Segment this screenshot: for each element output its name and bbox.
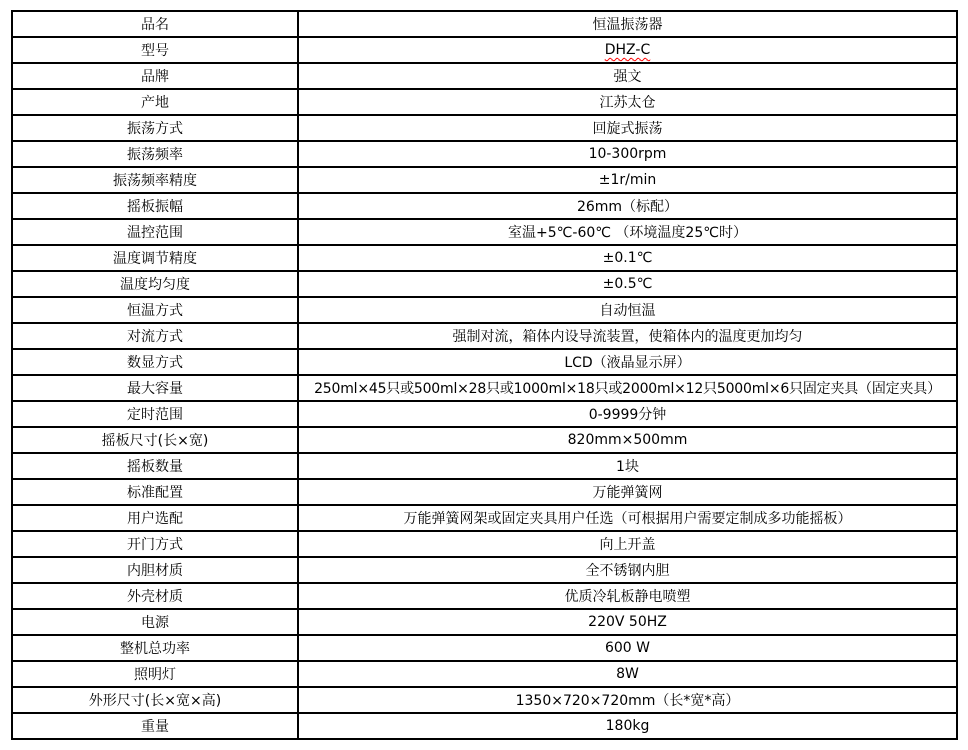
spec-value: 8W <box>298 661 957 687</box>
table-row: 温度调节精度 ±0.1℃ <box>12 245 957 271</box>
spec-value: 强文 <box>298 63 957 89</box>
spec-value: 10-300rpm <box>298 141 957 167</box>
spec-value: 全不锈钢内胆 <box>298 557 957 583</box>
spec-label: 品牌 <box>12 63 298 89</box>
spec-value: 1350×720×720mm（长*宽*高） <box>298 687 957 713</box>
table-row: 数显方式 LCD（液晶显示屏） <box>12 349 957 375</box>
spec-value: 220V 50HZ <box>298 609 957 635</box>
table-row: 品名 恒温振荡器 <box>12 11 957 37</box>
table-row: 摇板振幅 26mm（标配） <box>12 193 957 219</box>
table-row: 摇板数量 1块 <box>12 453 957 479</box>
spec-value: 0-9999分钟 <box>298 401 957 427</box>
spec-label: 标准配置 <box>12 479 298 505</box>
table-row: 外形尺寸(长×宽×高) 1350×720×720mm（长*宽*高） <box>12 687 957 713</box>
spec-value: DHZ-C <box>298 37 957 63</box>
spec-label: 摇板振幅 <box>12 193 298 219</box>
spec-value: 自动恒温 <box>298 297 957 323</box>
spec-label: 用户选配 <box>12 505 298 531</box>
spec-label: 数显方式 <box>12 349 298 375</box>
spec-label: 照明灯 <box>12 661 298 687</box>
spec-label: 产地 <box>12 89 298 115</box>
spec-value: 600 W <box>298 635 957 661</box>
spec-label: 外形尺寸(长×宽×高) <box>12 687 298 713</box>
spec-label: 对流方式 <box>12 323 298 349</box>
table-row: 摇板尺寸(长×宽) 820mm×500mm <box>12 427 957 453</box>
spec-label: 外壳材质 <box>12 583 298 609</box>
table-row: 振荡频率 10-300rpm <box>12 141 957 167</box>
spec-label: 温控范围 <box>12 219 298 245</box>
spec-value: 820mm×500mm <box>298 427 957 453</box>
spec-label: 型号 <box>12 37 298 63</box>
spec-label: 摇板尺寸(长×宽) <box>12 427 298 453</box>
spec-value: 回旋式振荡 <box>298 115 957 141</box>
spec-value: 恒温振荡器 <box>298 11 957 37</box>
spec-value: 26mm（标配） <box>298 193 957 219</box>
spec-label: 品名 <box>12 11 298 37</box>
spec-value: ±0.5℃ <box>298 271 957 297</box>
spec-value: 180kg <box>298 713 957 739</box>
table-row: 品牌 强文 <box>12 63 957 89</box>
table-row: 用户选配 万能弹簧网架或固定夹具用户任选（可根据用户需要定制成多功能摇板） <box>12 505 957 531</box>
spec-label: 内胆材质 <box>12 557 298 583</box>
table-row: 标准配置 万能弹簧网 <box>12 479 957 505</box>
spec-label: 温度调节精度 <box>12 245 298 271</box>
table-row: 内胆材质 全不锈钢内胆 <box>12 557 957 583</box>
table-row: 开门方式 向上开盖 <box>12 531 957 557</box>
table-row: 电源 220V 50HZ <box>12 609 957 635</box>
table-row: 恒温方式 自动恒温 <box>12 297 957 323</box>
spec-label: 定时范围 <box>12 401 298 427</box>
table-row: 振荡频率精度 ±1r/min <box>12 167 957 193</box>
spec-label: 振荡方式 <box>12 115 298 141</box>
document-page: 品名 恒温振荡器 型号 DHZ-C 品牌 强文 产地 江苏太仓 振荡方式 回旋式… <box>0 0 968 750</box>
spec-label: 恒温方式 <box>12 297 298 323</box>
table-row: 温控范围 室温+5℃-60℃ （环境温度25℃时） <box>12 219 957 245</box>
table-row: 定时范围 0-9999分钟 <box>12 401 957 427</box>
table-row: 振荡方式 回旋式振荡 <box>12 115 957 141</box>
spec-value: 万能弹簧网 <box>298 479 957 505</box>
table-row: 重量 180kg <box>12 713 957 739</box>
spec-label: 振荡频率 <box>12 141 298 167</box>
spec-table: 品名 恒温振荡器 型号 DHZ-C 品牌 强文 产地 江苏太仓 振荡方式 回旋式… <box>11 10 958 740</box>
model-value-spellcheck: DHZ-C <box>605 42 650 58</box>
spec-label: 最大容量 <box>12 375 298 401</box>
spec-value: 江苏太仓 <box>298 89 957 115</box>
spec-value: 万能弹簧网架或固定夹具用户任选（可根据用户需要定制成多功能摇板） <box>298 505 957 531</box>
spec-label: 温度均匀度 <box>12 271 298 297</box>
spec-label: 振荡频率精度 <box>12 167 298 193</box>
spec-label: 电源 <box>12 609 298 635</box>
table-row: 照明灯 8W <box>12 661 957 687</box>
spec-value: LCD（液晶显示屏） <box>298 349 957 375</box>
spec-value: ±0.1℃ <box>298 245 957 271</box>
spec-value: 强制对流，箱体内设导流装置，使箱体内的温度更加均匀 <box>298 323 957 349</box>
spec-value: 250ml×45只或500ml×28只或1000ml×18只或2000ml×12… <box>298 375 957 401</box>
table-row: 整机总功率 600 W <box>12 635 957 661</box>
spec-value: 向上开盖 <box>298 531 957 557</box>
spec-label: 整机总功率 <box>12 635 298 661</box>
spec-value: 1块 <box>298 453 957 479</box>
spec-value: 优质冷轧板静电喷塑 <box>298 583 957 609</box>
spec-label: 开门方式 <box>12 531 298 557</box>
table-row: 最大容量 250ml×45只或500ml×28只或1000ml×18只或2000… <box>12 375 957 401</box>
spec-value: ±1r/min <box>298 167 957 193</box>
table-row: 型号 DHZ-C <box>12 37 957 63</box>
table-row: 外壳材质 优质冷轧板静电喷塑 <box>12 583 957 609</box>
spec-label: 重量 <box>12 713 298 739</box>
table-row: 产地 江苏太仓 <box>12 89 957 115</box>
table-row: 对流方式 强制对流，箱体内设导流装置，使箱体内的温度更加均匀 <box>12 323 957 349</box>
spec-label: 摇板数量 <box>12 453 298 479</box>
table-row: 温度均匀度 ±0.5℃ <box>12 271 957 297</box>
spec-value: 室温+5℃-60℃ （环境温度25℃时） <box>298 219 957 245</box>
